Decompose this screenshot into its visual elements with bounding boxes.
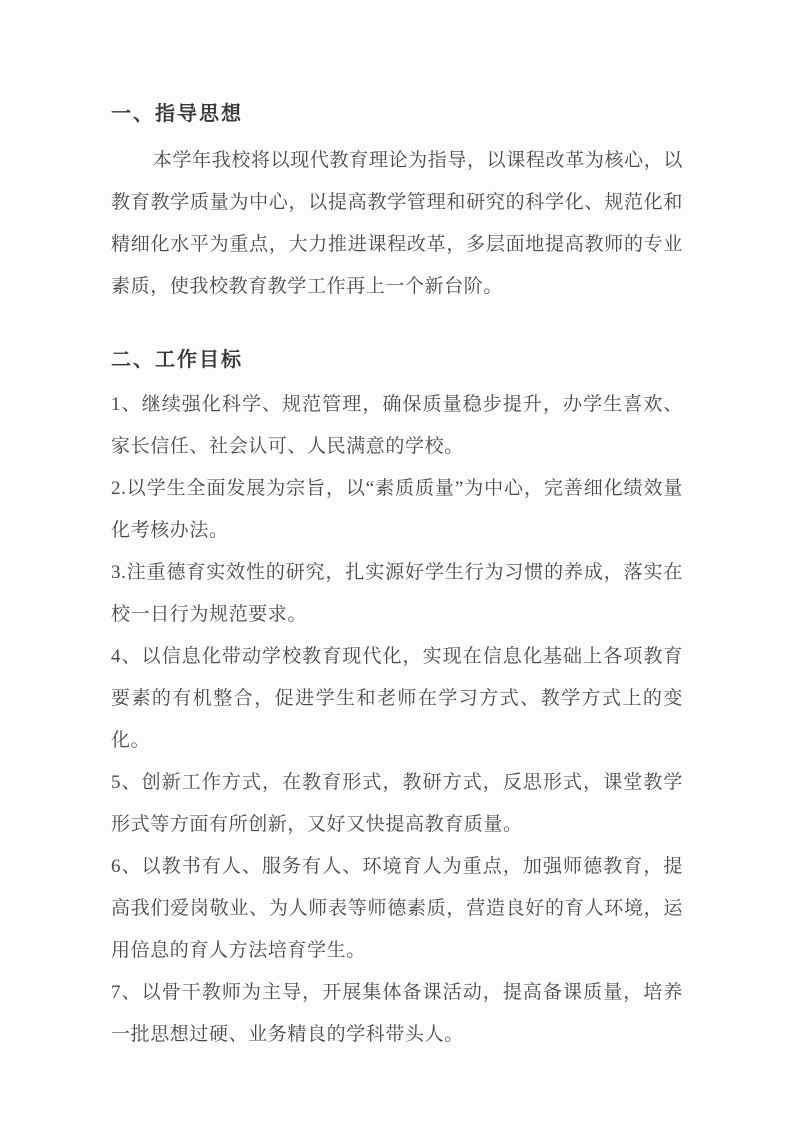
work-goal-item-3: 3.注重德育实效性的研究，扎实源好学生行为习惯的养成，落实在校一日行为规范要求。 bbox=[111, 552, 683, 636]
work-goal-item-1: 1、继续强化科学、规范管理，确保质量稳步提升，办学生喜欢、家长信任、社会认可、人… bbox=[111, 384, 683, 468]
work-goal-item-7: 7、以骨干教师为主导，开展集体备课活动，提高备课质量，培养一批思想过硬、业务精良… bbox=[111, 972, 683, 1056]
work-goal-list: 1、继续强化科学、规范管理，确保质量稳步提升，办学生喜欢、家长信任、社会认可、人… bbox=[111, 384, 683, 1056]
section-work-goals: 二、工作目标 1、继续强化科学、规范管理，确保质量稳步提升，办学生喜欢、家长信任… bbox=[111, 344, 683, 1056]
section-guiding-ideology: 一、指导思想 本学年我校将以现代教育理论为指导，以课程改革为核心，以教育教学质量… bbox=[111, 98, 683, 308]
document-page: 一、指导思想 本学年我校将以现代教育理论为指导，以课程改革为核心，以教育教学质量… bbox=[0, 0, 793, 1122]
work-goal-item-4: 4、以信息化带动学校教育现代化，实现在信息化基础上各项教育要素的有机整合，促进学… bbox=[111, 636, 683, 762]
work-goal-item-5: 5、创新工作方式，在教育形式，教研方式，反思形式，课堂教学形式等方面有所创新，又… bbox=[111, 762, 683, 846]
work-goal-item-2: 2.以学生全面发展为宗旨，以“素质质量”为中心，完善细化绩效量化考核办法。 bbox=[111, 468, 683, 552]
section1-heading: 一、指导思想 bbox=[111, 98, 683, 130]
section2-heading: 二、工作目标 bbox=[111, 344, 683, 376]
work-goal-item-6: 6、以教书有人、服务有人、环境育人为重点，加强师德教育，提高我们爱岗敬业、为人师… bbox=[111, 846, 683, 972]
section1-paragraph: 本学年我校将以现代教育理论为指导，以课程改革为核心，以教育教学质量为中心，以提高… bbox=[111, 140, 683, 308]
